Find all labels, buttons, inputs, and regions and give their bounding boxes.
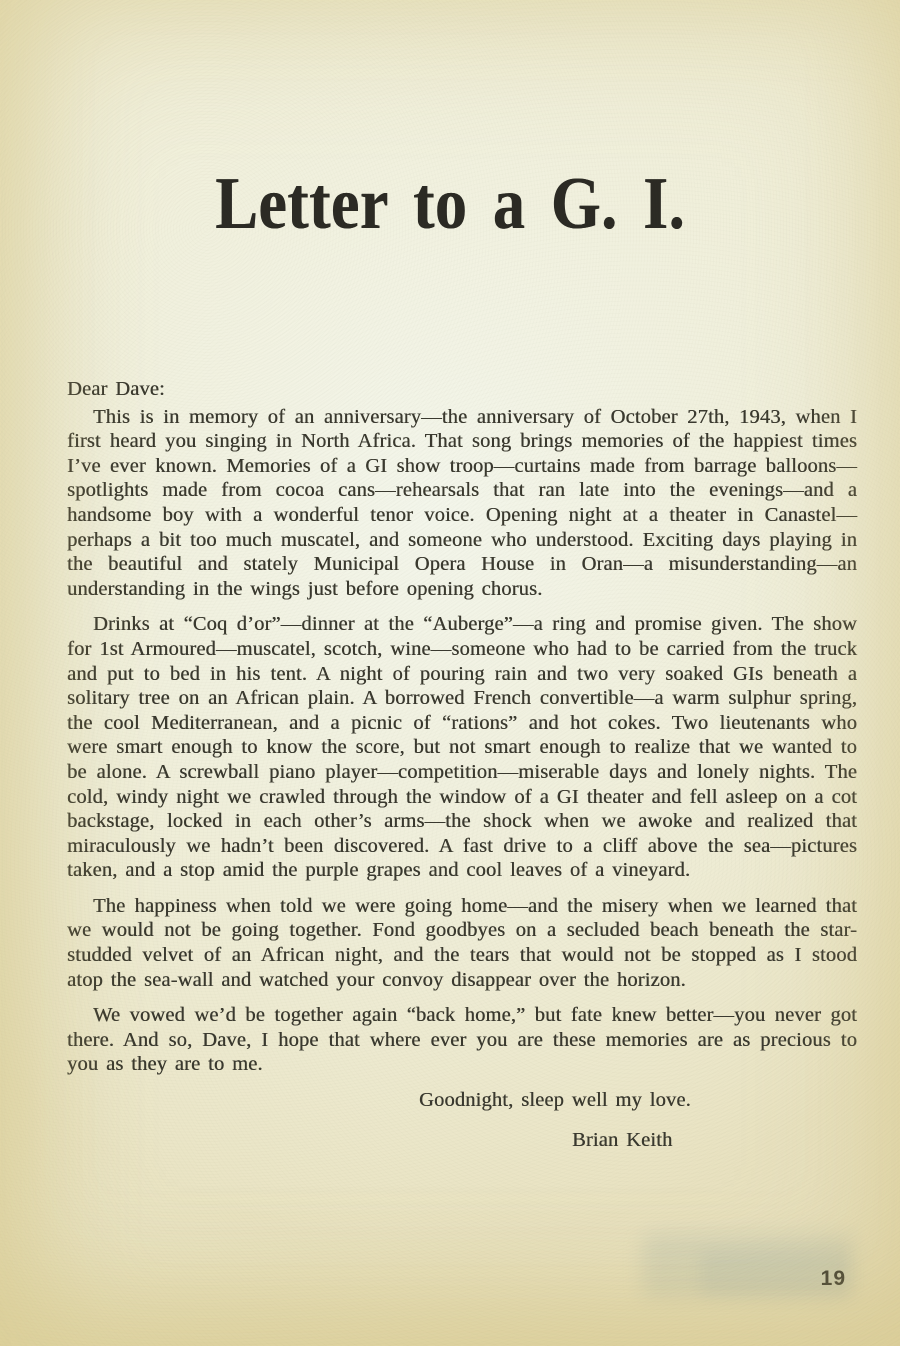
signature: Brian Keith [572, 1128, 857, 1153]
magazine-scan-page: Letter to a G. I. Dear Dave: This is in … [0, 0, 900, 1346]
letter-paragraph-3: The happiness when told we were going ho… [67, 894, 857, 992]
salutation: Dear Dave: [67, 377, 857, 402]
letter-paragraph-2: Drinks at “Coq d’or”—dinner at the “Aube… [67, 612, 857, 883]
letter-body: Dear Dave: This is in memory of an anniv… [67, 377, 857, 1152]
letter-paragraph-1: This is in memory of an anniversary—the … [67, 405, 857, 602]
closing-line: Goodnight, sleep well my love. [419, 1088, 857, 1113]
letter-paragraph-4: We vowed we’d be together again “back ho… [67, 1003, 857, 1077]
page-number: 19 [821, 1267, 846, 1291]
page-title: Letter to a G. I. [0, 157, 900, 250]
